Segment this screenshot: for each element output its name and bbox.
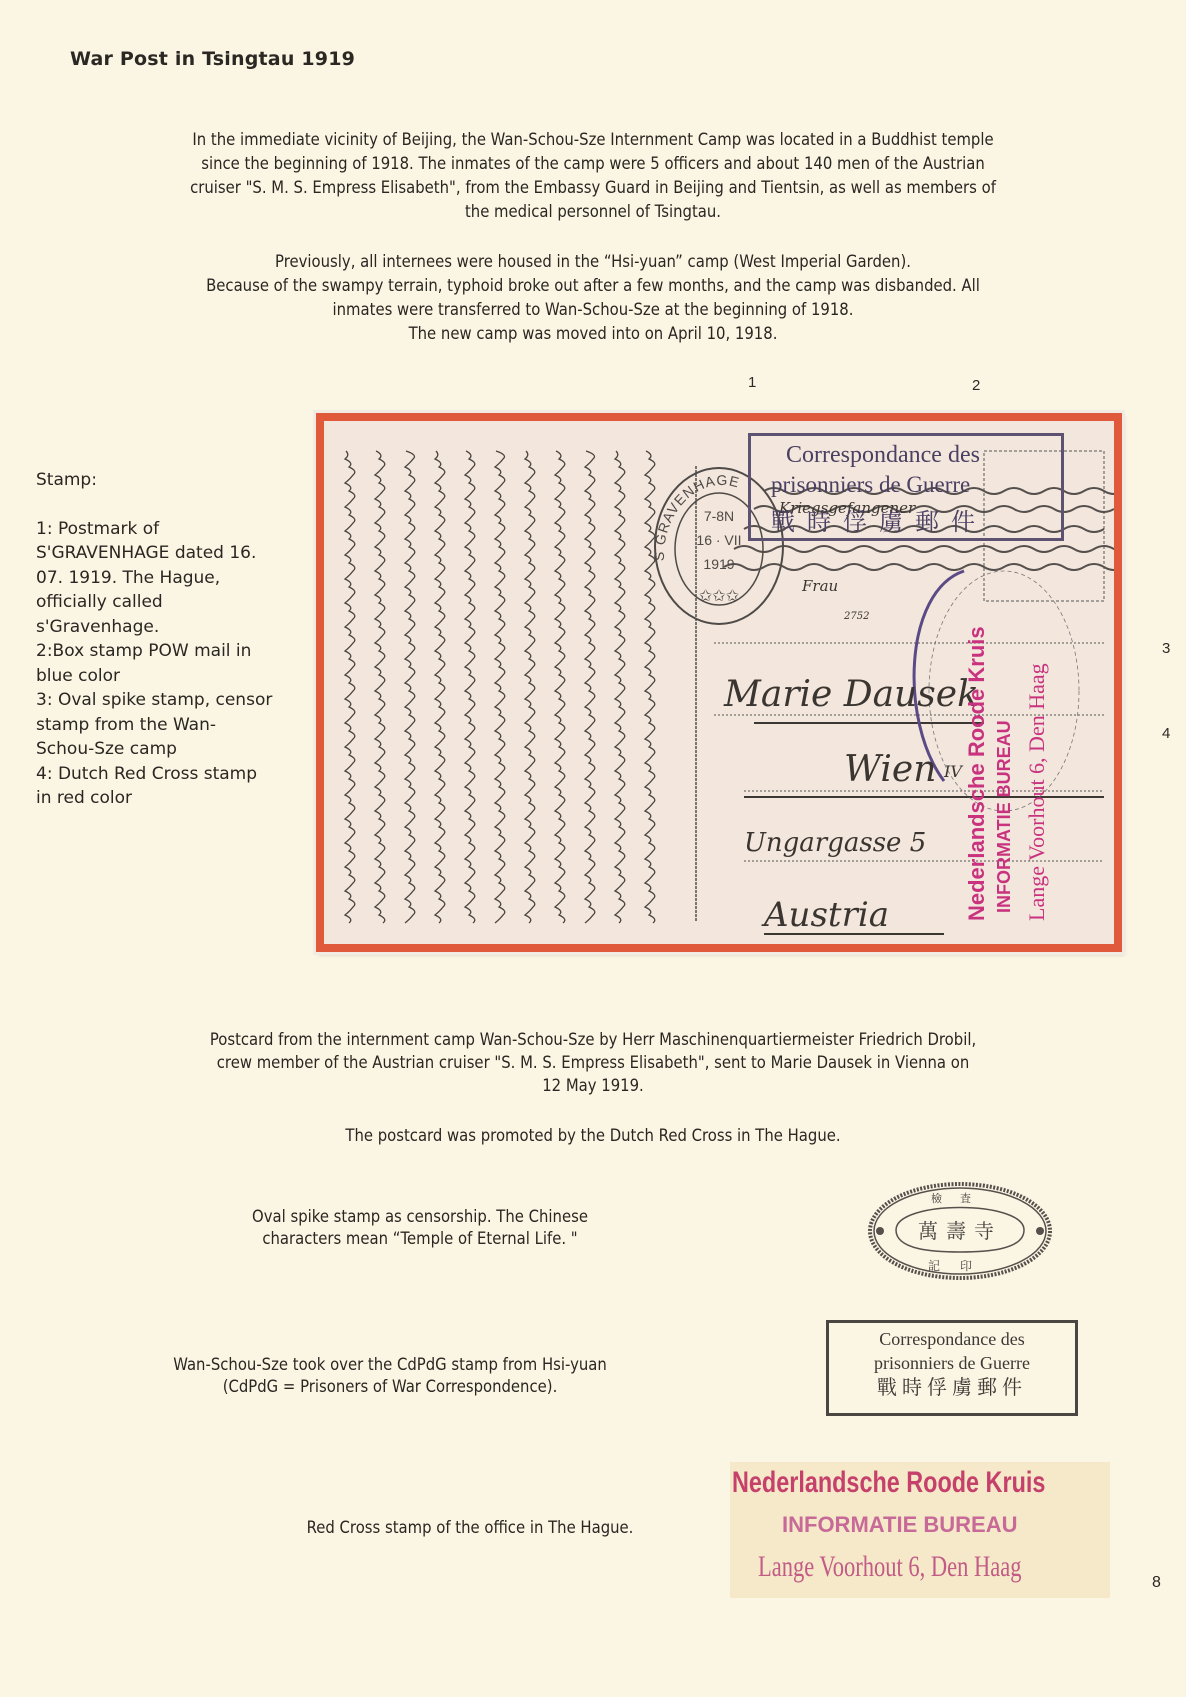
- description-line: Postcard from the internment camp Wan-Sc…: [113, 1028, 1072, 1051]
- postcard: 7-8N 16 · VII 1919 ✩✩✩ S GRAVENHAGE Krie…: [324, 421, 1114, 944]
- svg-text:IV: IV: [943, 762, 963, 781]
- cdpdg-box-stamp: Correspondance des prisonniers de Guerre…: [826, 1320, 1078, 1416]
- pow-stamp-line-3: 戰時俘虜郵件: [771, 502, 987, 537]
- svg-text:1919: 1919: [703, 556, 734, 572]
- svg-text:萬壽寺: 萬壽寺: [918, 1219, 1002, 1243]
- svg-text:Wien: Wien: [844, 749, 936, 790]
- svg-text:檢査: 檢査: [931, 1191, 989, 1205]
- legend-heading: Stamp:: [36, 468, 306, 493]
- legend-line: 07. 1919. The Hague,: [36, 566, 306, 591]
- marker-1: 1: [748, 374, 756, 391]
- legend-line: 2:Box stamp POW mail in: [36, 639, 306, 664]
- legend-line: 3: Oval spike stamp, censor: [36, 688, 306, 713]
- redcross-line-2: INFORMATIE BUREAU: [782, 1512, 1017, 1538]
- caption-line: Wan-Schou-Sze took over the CdPdG stamp …: [111, 1354, 669, 1376]
- legend-line: S'GRAVENHAGE dated 16.: [36, 541, 306, 566]
- intro-line: Previously, all internees were housed in…: [113, 250, 1072, 274]
- box-stamp-line-2: prisonniers de Guerre: [829, 1351, 1075, 1375]
- legend-line: 4: Dutch Red Cross stamp: [36, 762, 306, 787]
- oval-spike-stamp-icon: 萬壽寺 檢査 記印: [866, 1180, 1054, 1282]
- caption-line: characters mean “Temple of Eternal Life.…: [186, 1228, 654, 1250]
- legend-line: blue color: [36, 664, 306, 689]
- redcross-caption: Red Cross stamp of the office in The Hag…: [254, 1517, 686, 1539]
- svg-text:Austria: Austria: [761, 895, 889, 935]
- marker-2: 2: [972, 377, 980, 394]
- pow-stamp-line-1: Correspondance des: [786, 442, 980, 469]
- svg-text:Frau: Frau: [801, 577, 838, 595]
- intro-line: Because of the swampy terrain, typhoid b…: [113, 274, 1072, 298]
- rc-line-2: INFORMATIE BUREAU: [994, 720, 1015, 913]
- legend-line: officially called: [36, 590, 306, 615]
- svg-text:2752: 2752: [843, 611, 869, 622]
- intro-paragraph-2: Previously, all internees were housed in…: [113, 250, 1072, 346]
- rc-line-3: Lange Voorhout 6, Den Haag: [1024, 663, 1050, 921]
- redcross-line-3: Lange Voorhout 6, Den Haag: [758, 1550, 1021, 1584]
- marker-3: 3: [1162, 640, 1170, 657]
- postcard-description: Postcard from the internment camp Wan-Sc…: [113, 1028, 1072, 1097]
- intro-line: since the beginning of 1918. The inmates…: [113, 152, 1072, 176]
- oval-stamp-caption: Oval spike stamp as censorship. The Chin…: [186, 1206, 654, 1250]
- svg-text:Ungargasse 5: Ungargasse 5: [744, 828, 926, 858]
- box-stamp-line-1: Correspondance des: [829, 1327, 1075, 1351]
- intro-line: In the immediate vicinity of Beijing, th…: [113, 128, 1072, 152]
- legend-line: s'Gravenhage.: [36, 615, 306, 640]
- legend-line: Schou-Sze camp: [36, 737, 306, 762]
- legend-line: 1: Postmark of: [36, 517, 306, 542]
- intro-line: cruiser "S. M. S. Empress Elisabeth", fr…: [113, 176, 1072, 200]
- svg-text:7-8N: 7-8N: [704, 508, 734, 524]
- page-title: War Post in Tsingtau 1919: [70, 48, 355, 70]
- pow-stamp-line-2: prisonniers de Guerre: [771, 472, 970, 498]
- svg-text:Marie Dausek: Marie Dausek: [723, 674, 979, 715]
- promo-note: The postcard was promoted by the Dutch R…: [113, 1125, 1072, 1147]
- svg-text:記印: 記印: [928, 1259, 992, 1273]
- box-stamp-caption: Wan-Schou-Sze took over the CdPdG stamp …: [111, 1354, 669, 1398]
- intro-line: The new camp was moved into on April 10,…: [113, 322, 1072, 346]
- description-line: 12 May 1919.: [113, 1074, 1072, 1097]
- box-stamp-line-3: 戰時俘虜郵件: [829, 1375, 1075, 1401]
- svg-text:✩✩✩: ✩✩✩: [699, 586, 740, 605]
- legend-line: in red color: [36, 786, 306, 811]
- legend-line: stamp from the Wan-: [36, 713, 306, 738]
- postcard-mount: 7-8N 16 · VII 1919 ✩✩✩ S GRAVENHAGE Krie…: [316, 413, 1122, 952]
- intro-line: the medical personnel of Tsingtau.: [113, 200, 1072, 224]
- caption-line: (CdPdG = Prisoners of War Correspondence…: [111, 1376, 669, 1398]
- intro-paragraph-1: In the immediate vicinity of Beijing, th…: [113, 128, 1072, 224]
- rc-line-1: Nederlandsche Roode Kruis: [964, 626, 990, 921]
- redcross-stamp: Nederlandsche Roode Kruis INFORMATIE BUR…: [730, 1462, 1110, 1598]
- redcross-line-1: Nederlandsche Roode Kruis: [732, 1466, 1045, 1500]
- marker-4: 4: [1162, 725, 1170, 742]
- svg-text:16 · VII: 16 · VII: [696, 532, 741, 548]
- redcross-stamp-on-card: Nederlandsche Roode Kruis INFORMATIE BUR…: [964, 521, 1084, 941]
- intro-line: inmates were transferred to Wan-Schou-Sz…: [113, 298, 1072, 322]
- stamp-legend: Stamp: 1: Postmark of S'GRAVENHAGE dated…: [36, 468, 306, 811]
- caption-line: Oval spike stamp as censorship. The Chin…: [186, 1206, 654, 1228]
- description-line: crew member of the Austrian cruiser "S. …: [113, 1051, 1072, 1074]
- page-number: 8: [1152, 1574, 1161, 1592]
